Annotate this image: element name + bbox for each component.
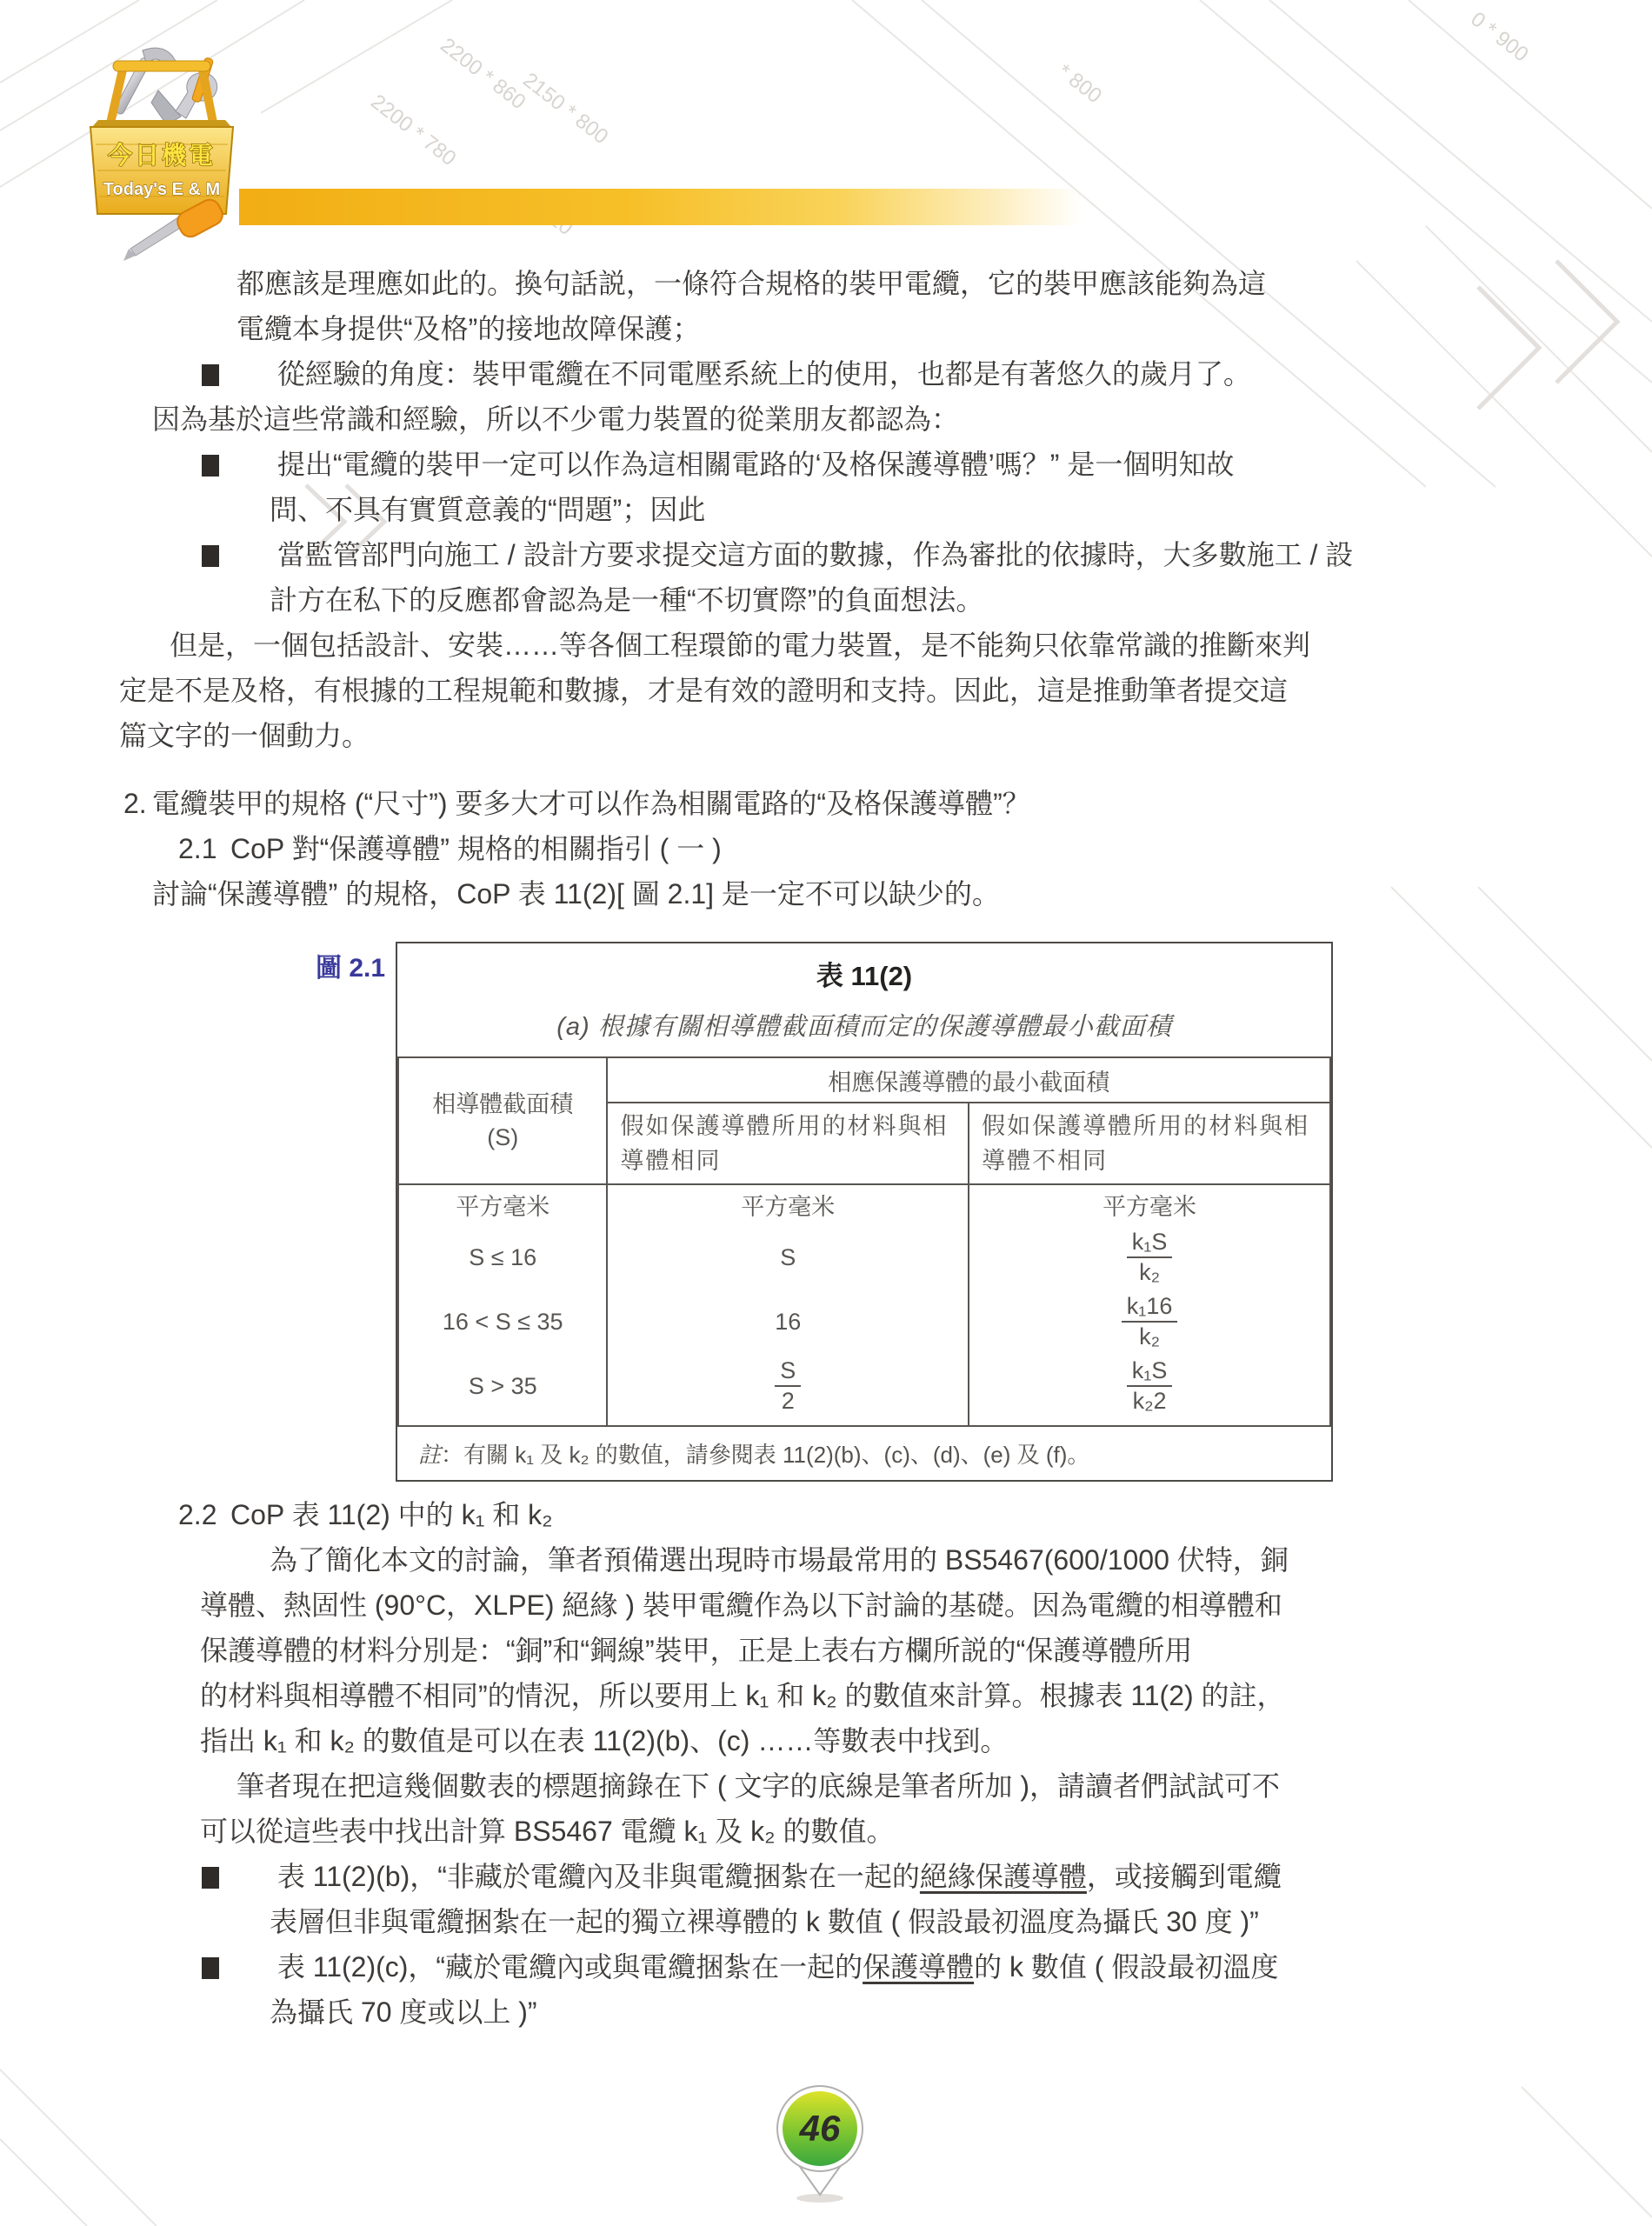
fraction-numerator: S [775, 1357, 801, 1387]
bullet-square-icon [202, 545, 219, 567]
fraction: k₁16 k₂ [1122, 1293, 1178, 1350]
body-text-line: 都應該是理應如此的。換句話説，一條符合規格的裝甲電纜，它的裝甲應該能夠為這 [119, 261, 1545, 306]
table-cell: k₁16 k₂ [969, 1290, 1329, 1354]
body-text-line: 但是，一個包括設計、安裝……等各個工程環節的電力裝置，是不能夠只依靠常識的推斷來… [119, 623, 1545, 668]
toolbox-rim [92, 120, 231, 127]
page-number: 46 [799, 2108, 841, 2149]
bullet-text-segment: 表 11(2)(c)，“藏於電纜內或與電纜捆紮在一起的 [277, 1951, 863, 1983]
bullet-line: 提出“電纜的裝甲一定可以作為這相關電路的‘及格保護導體’嗎？” 是一個明知故 [119, 442, 1545, 487]
bullet-text-segment: ，或接觸到電纜 [1087, 1861, 1282, 1892]
toolbox-logo: 今日機電 Today's E & M [75, 40, 249, 275]
dim-label: 2200 * 780 [366, 90, 460, 170]
dim-label: 2200 * 860 [436, 33, 530, 114]
col1-header-line1: 相導體截面積 [400, 1088, 605, 1121]
dim-label: * 800 [1053, 59, 1106, 108]
intro-text-block: 都應該是理應如此的。換句話説，一條符合規格的裝甲電纜，它的裝甲應該能夠為這 電纜… [119, 261, 1545, 758]
dim-label: 2150 * 800 [518, 68, 612, 149]
header-band [239, 189, 1100, 225]
body-text-line: 為了簡化本文的討論，筆者預備選出現時市場最常用的 BS5467(600/1000… [119, 1537, 1545, 1583]
note-label: 註 [418, 1442, 441, 1468]
table-note: 註：有關 k₁ 及 k₂ 的數值，請參閱表 11(2)(b)、(c)、(d)、(… [418, 1437, 1331, 1470]
underlined-term: 保護導體 [863, 1951, 974, 1983]
section-title: CoP 對“保護導體” 規格的相關指引 ( 一 ) [230, 833, 722, 864]
bullet-line: 從經驗的角度：裝甲電纜在不同電壓系統上的使用，也都是有著悠久的歲月了。 [119, 351, 1545, 397]
fraction-denominator: k₂2 [1127, 1387, 1173, 1415]
table-grid: 相導體截面積 (S) 相應保護導體的最小截面積 假如保護導體所用的材料與相導體相… [397, 1056, 1331, 1427]
table-cell: k₁S k₂2 [969, 1354, 1329, 1418]
section-title: 電纜裝甲的規格 (“尺寸”) 要多大才可以作為相關電路的“及格保護導體”？ [152, 788, 1030, 819]
col1-header-line2: (S) [400, 1121, 605, 1154]
section-2-1-heading: 2.1CoP 對“保護導體” 規格的相關指引 ( 一 ) [119, 826, 1545, 871]
body-text-line: 的材料與相導體不相同”的情況，所以要用上 k₁ 和 k₂ 的數值來計算。根據表 … [119, 1673, 1545, 1718]
bullet-text: 從經驗的角度：裝甲電纜在不同電壓系統上的使用，也都是有著悠久的歲月了。 [277, 358, 1251, 390]
table-cell: k₁S k₂ [969, 1225, 1329, 1290]
section-2-block: 2.電纜裝甲的規格 (“尺寸”) 要多大才可以作為相關電路的“及格保護導體”？ … [119, 781, 1545, 916]
table-col2-body: 平方毫米 S 16 S 2 [607, 1184, 969, 1426]
figure-label: 圖 2.1 [316, 946, 385, 984]
note-text: ：有關 k₁ 及 k₂ 的數值，請參閱表 11(2)(b)、(c)、(d)、(e… [441, 1442, 1089, 1468]
body-text-line: 為攝氏 70 度或以上 )” [119, 1989, 1545, 2035]
logo-title-zh: 今日機電 [108, 141, 216, 169]
bullet-text: 提出“電纜的裝甲一定可以作為這相關電路的‘及格保護導體’嗎？” 是一個明知故 [277, 449, 1234, 480]
bullet-square-icon [202, 1867, 219, 1889]
unit-label: 平方毫米 [969, 1189, 1329, 1225]
body-text-line: 計方在私下的反應都會認為是一種“不切實際”的負面想法。 [119, 577, 1545, 623]
dim-label: 0 * 900 [1466, 7, 1533, 66]
toolbox-logo-graphic: 今日機電 Today's E & M [75, 40, 249, 275]
page-pin-graphic: 46 [759, 2078, 881, 2209]
section-2-heading: 2.電纜裝甲的規格 (“尺寸”) 要多大才可以作為相關電路的“及格保護導體”？ [119, 781, 1545, 826]
section-2-2-block: 2.2CoP 表 11(2) 中的 k₁ 和 k₂ 為了簡化本文的討論，筆者預備… [119, 1492, 1545, 2035]
table-col1-body: 平方毫米 S ≤ 16 16 < S ≤ 35 S > 35 [398, 1184, 607, 1426]
bullet-text: 當監管部門向施工 / 設計方要求提交這方面的數據，作為審批的依據時，大多數施工 … [277, 539, 1353, 570]
fraction: k₁S k₂ [1127, 1229, 1173, 1286]
section-number: 2.1 [178, 826, 230, 871]
fraction-numerator: k₁S [1127, 1357, 1173, 1387]
table-col1-header: 相導體截面積 (S) [398, 1057, 607, 1184]
body-text-line: 定是不是及格，有根據的工程規範和數據，才是有效的證明和支持。因此，這是推動筆者提… [119, 668, 1545, 713]
bullet-line: 表 11(2)(c)，“藏於電纜內或與電纜捆紮在一起的保護導體的 k 數值 ( … [119, 1944, 1545, 1989]
body-text-line: 指出 k₁ 和 k₂ 的數值是可以在表 11(2)(b)、(c) ……等數表中找… [119, 1718, 1545, 1763]
section-title: CoP 表 11(2) 中的 k₁ 和 k₂ [230, 1499, 553, 1530]
bullet-square-icon [202, 455, 219, 477]
table-cell: S ≤ 16 [399, 1225, 606, 1290]
fraction-numerator: k₁16 [1122, 1293, 1178, 1323]
body-text-line: 討論“保護導體” 的規格，CoP 表 11(2)[ 圖 2.1] 是一定不可以缺… [119, 871, 1545, 916]
bullet-square-icon [202, 1957, 219, 1979]
section-number: 2. [123, 781, 152, 826]
table-col2-header: 假如保護導體所用的材料與相導體相同 [607, 1103, 969, 1184]
bullet-text: 表 11(2)(c)，“藏於電纜內或與電纜捆紮在一起的保護導體的 k 數值 ( … [277, 1951, 1278, 1983]
page-number-pin: 46 [759, 2078, 881, 2213]
section-number: 2.2 [178, 1492, 230, 1537]
body-text-line: 筆者現在把這幾個數表的標題摘錄在下 ( 文字的底線是筆者所加 )，請讀者們試試可… [119, 1763, 1545, 1809]
bullet-text-segment: 表 11(2)(b)，“非藏於電纜內及非與電纜捆紮在一起的 [277, 1861, 920, 1892]
table-cell: S 2 [608, 1354, 968, 1418]
fraction-denominator: 2 [775, 1387, 801, 1415]
body-text-line: 電纜本身提供“及格”的接地故障保護； [119, 306, 1545, 351]
bullet-line: 表 11(2)(b)，“非藏於電纜內及非與電纜捆紮在一起的絕緣保護導體，或接觸到… [119, 1854, 1545, 1899]
underlined-term: 絕緣保護導體 [920, 1861, 1087, 1892]
table-cell: S [608, 1225, 968, 1290]
unit-label: 平方毫米 [608, 1189, 968, 1225]
table-cell: S > 35 [399, 1354, 606, 1418]
section-2-2-heading: 2.2CoP 表 11(2) 中的 k₁ 和 k₂ [119, 1492, 1545, 1537]
fraction-denominator: k₂ [1127, 1258, 1173, 1286]
cop-table-figure: 表 11(2) (a) 根據有關相導體截面積而定的保護導體最小截面積 相導體截面… [396, 942, 1333, 1482]
bullet-square-icon [202, 364, 219, 386]
fraction-numerator: k₁S [1127, 1229, 1173, 1258]
magazine-page: 2200 * 860 2200 * 780 2150 * 800 * 800 0… [0, 0, 1652, 2226]
table-cell: 16 [608, 1290, 968, 1354]
fraction-denominator: k₂ [1122, 1323, 1178, 1350]
body-text-line: 因為基於這些常識和經驗，所以不少電力裝置的從業朋友都認為： [119, 397, 1545, 442]
table-col3-header: 假如保護導體所用的材料與相導體不相同 [969, 1103, 1330, 1184]
body-text-line: 篇文字的一個動力。 [119, 713, 1545, 758]
body-text-line: 保護導體的材料分別是：“銅”和“鋼線”裝甲，正是上表右方欄所説的“保護導體所用 [119, 1628, 1545, 1673]
bullet-text: 表 11(2)(b)，“非藏於電纜內及非與電纜捆紮在一起的絕緣保護導體，或接觸到… [277, 1861, 1282, 1892]
table-span-header: 相應保護導體的最小截面積 [607, 1057, 1330, 1103]
unit-label: 平方毫米 [399, 1189, 606, 1225]
table-title: 表 11(2) [397, 954, 1331, 993]
fraction: k₁S k₂2 [1127, 1357, 1173, 1415]
logo-title-en: Today's E & M [103, 180, 220, 199]
bullet-line: 當監管部門向施工 / 設計方要求提交這方面的數據，作為審批的依據時，大多數施工 … [119, 532, 1545, 577]
body-text-line: 可以從這些表中找出計算 BS5467 電纜 k₁ 及 k₂ 的數值。 [119, 1809, 1545, 1854]
body-text-line: 表層但非與電纜捆紮在一起的獨立裸導體的 k 數值 ( 假設最初溫度為攝氏 30 … [119, 1899, 1545, 1944]
body-text-line: 導體、熱固性 (90°C，XLPE) 絕緣 ) 裝甲電纜作為以下討論的基礎。因為… [119, 1583, 1545, 1628]
table-cell: 16 < S ≤ 35 [399, 1290, 606, 1354]
fraction: S 2 [775, 1357, 801, 1415]
table-col3-body: 平方毫米 k₁S k₂ k₁16 k₂ [969, 1184, 1330, 1426]
bullet-text-segment: 的 k 數值 ( 假設最初溫度 [974, 1951, 1278, 1983]
table-subtitle: (a) 根據有關相導體截面積而定的保護導體最小截面積 [397, 1007, 1331, 1043]
body-text-line: 問、不具有實質意義的“問題”；因此 [119, 487, 1545, 532]
